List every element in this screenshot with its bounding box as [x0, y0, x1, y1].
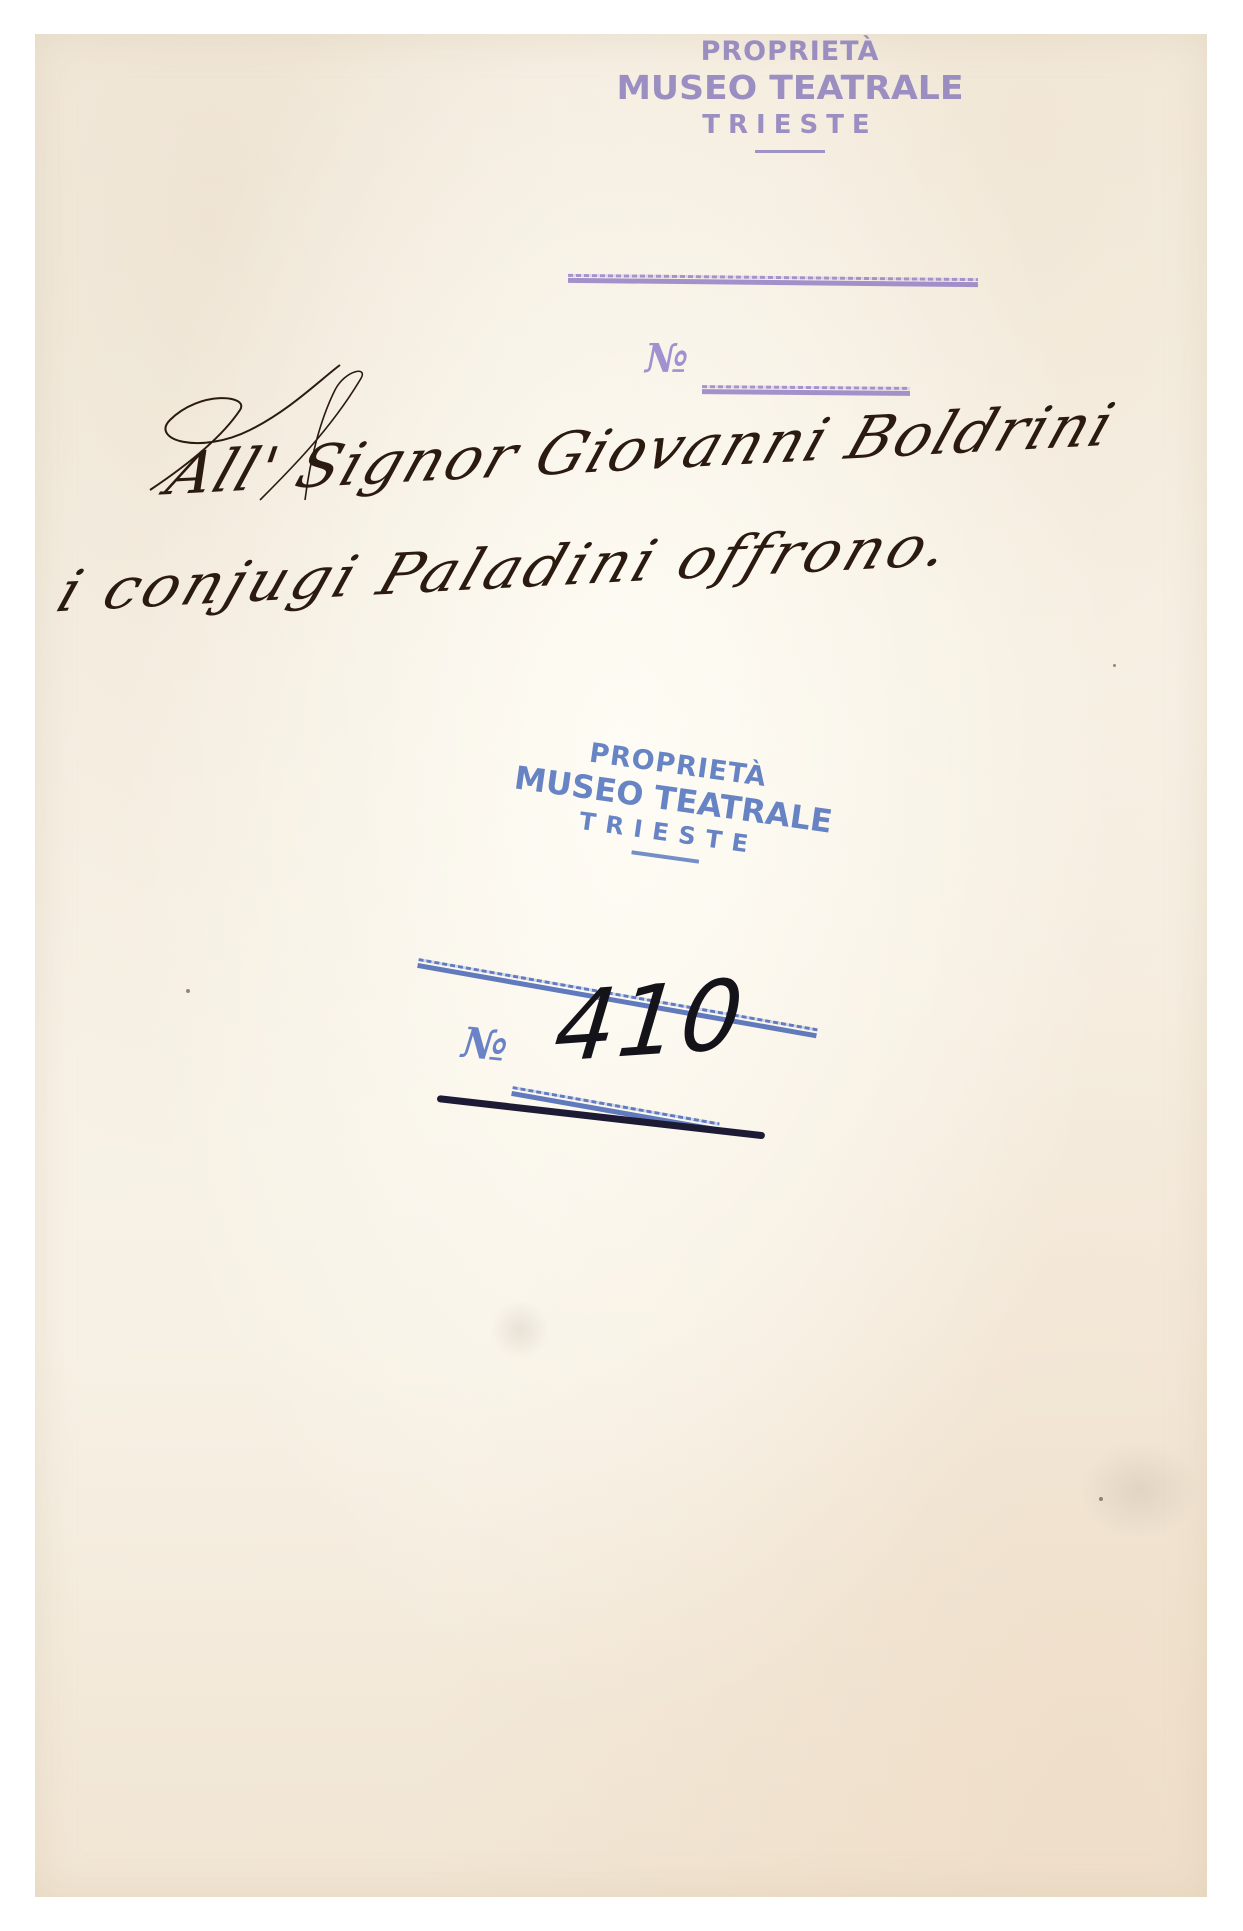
- stamp-dash: [755, 150, 825, 153]
- stamp-line-museo: MUSEO TEATRALE: [580, 71, 1000, 104]
- museum-stamp-top: PROPRIETÀ MUSEO TEATRALE TRIESTE: [590, 38, 990, 153]
- inventory-number: 410: [549, 958, 750, 1084]
- ink-speck: [186, 989, 190, 993]
- stamp-line-trieste: TRIESTE: [590, 112, 990, 138]
- ink-speck: [1113, 664, 1116, 667]
- stamp-number-line-top: [702, 385, 910, 396]
- ink-speck: [1099, 1497, 1103, 1501]
- numero-symbol-top: №: [645, 335, 688, 382]
- paper-sheet: [35, 34, 1207, 1897]
- stain-smudge: [490, 1300, 550, 1360]
- stamp-line-proprieta: PROPRIETÀ: [590, 38, 990, 65]
- fingerprint-smudge: [1080, 1440, 1200, 1540]
- numero-symbol-middle: №: [460, 1018, 511, 1072]
